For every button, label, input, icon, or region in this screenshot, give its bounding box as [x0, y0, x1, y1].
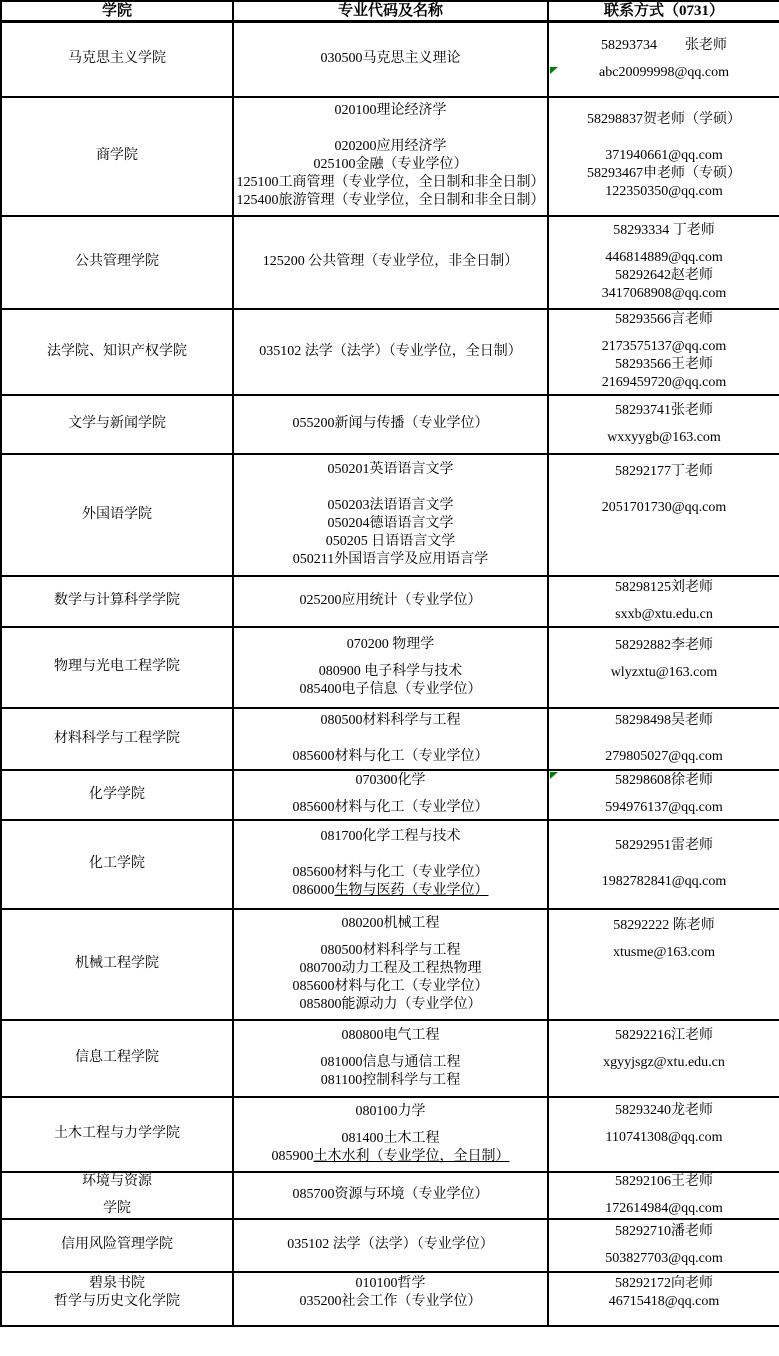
majors-cell: 050201英语语言文学 050203法语语言文学 050204德语语言文学 0…: [233, 454, 548, 576]
majors-cell: 035102 法学（法学）（专业学位，全日制）: [233, 309, 548, 395]
contacts-cell: 58293566言老师 2173575137@qq.com 58293566王老…: [548, 309, 779, 395]
majors-cell: 080200机械工程 080500材料科学与工程 080700动力工程及工程热物…: [233, 909, 548, 1020]
spacer: [549, 481, 779, 499]
contact-line: wlyzxtu@163.com: [549, 664, 779, 682]
table-row: 公共管理学院 125200 公共管理（专业学位，非全日制） 58293334 丁…: [1, 216, 779, 309]
table-row: 环境与资源 学院 085700资源与环境（专业学位） 58292106王老师 1…: [1, 1172, 779, 1219]
majors-cell: 085700资源与环境（专业学位）: [233, 1172, 548, 1219]
major-line: 050211外国语言学及应用语言学: [234, 551, 547, 569]
contacts-cell: 58293334 丁老师 446814889@qq.com 58292642赵老…: [548, 216, 779, 309]
college-name: 商学院: [2, 147, 232, 165]
college-name: 学院: [2, 1200, 232, 1218]
major-line: 050204德语语言文学: [234, 515, 547, 533]
contact-line: 122350350@qq.com: [549, 183, 779, 201]
contact-line: 503827703@qq.com: [549, 1250, 779, 1268]
college-cell: 法学院、知识产权学院: [1, 309, 233, 395]
contact-line: 58292642赵老师: [549, 267, 779, 285]
contacts-cell: 58298608徐老师 594976137@qq.com: [548, 770, 779, 820]
major-line: 081400土木工程: [234, 1130, 547, 1148]
college-name: 法学院、知识产权学院: [2, 343, 232, 361]
major-line: 025200应用统计（专业学位）: [234, 592, 547, 610]
college-name: 碧泉书院: [2, 1275, 232, 1293]
contacts-cell: 58292216江老师 xgyyjsgz@xtu.edu.cn: [548, 1020, 779, 1097]
major-line: 085600材料与化工（专业学位）: [234, 864, 547, 882]
college-name: 材料科学与工程学院: [2, 730, 232, 748]
college-cell: 环境与资源 学院: [1, 1172, 233, 1219]
contact-line: 3417068908@qq.com: [549, 285, 779, 303]
contact-line: 110741308@qq.com: [549, 1129, 779, 1147]
major-name-underlined: 生物与医药（专业学位）: [335, 883, 489, 898]
major-line: 085600材料与化工（专业学位）: [234, 799, 547, 817]
contact-line: 58298125刘老师: [549, 579, 779, 597]
college-cell: 材料科学与工程学院: [1, 708, 233, 770]
college-cell: 马克思主义学院: [1, 22, 233, 97]
contacts-cell: 58293741张老师 wxxyygb@163.com: [548, 395, 779, 454]
contacts-cell: 58292106王老师 172614984@qq.com: [548, 1172, 779, 1219]
contact-line: 371940661@qq.com: [549, 147, 779, 165]
college-cell: 机械工程学院: [1, 909, 233, 1020]
contact-line: 58292172向老师: [549, 1275, 779, 1293]
college-name: 公共管理学院: [2, 253, 232, 271]
contact-line: 58298608徐老师: [549, 772, 779, 790]
contact-line: 58293334 丁老师: [549, 222, 779, 240]
spacer: [549, 855, 779, 873]
major-code: 086000: [293, 883, 335, 898]
college-cell: 公共管理学院: [1, 216, 233, 309]
table-row: 马克思主义学院 030500马克思主义理论 58293734 张老师 abc20…: [1, 22, 779, 97]
college-name: 外国语学院: [2, 506, 232, 524]
spacer: [549, 129, 779, 147]
contact-line: xtusme@163.com: [549, 944, 779, 962]
contacts-cell: 58292710潘老师 503827703@qq.com: [548, 1219, 779, 1272]
major-line: 035200社会工作（专业学位）: [234, 1293, 547, 1311]
college-cell: 土木工程与力学学院: [1, 1097, 233, 1172]
college-cell: 碧泉书院 哲学与历史文化学院: [1, 1272, 233, 1326]
college-name: 物理与光电工程学院: [2, 658, 232, 676]
contacts-cell: 58298125刘老师 sxxb@xtu.edu.cn: [548, 576, 779, 627]
major-line: 035102 法学（法学）（专业学位）: [234, 1236, 547, 1254]
contacts-cell: 58298837贺老师（学硕） 371940661@qq.com 5829346…: [548, 97, 779, 216]
spacer: [234, 730, 547, 748]
college-name: 环境与资源: [2, 1173, 232, 1191]
majors-cell: 055200新闻与传播（专业学位）: [233, 395, 548, 454]
majors-cell: 081700化学工程与技术 085600材料与化工（专业学位） 086000生物…: [233, 820, 548, 909]
table-row: 化工学院 081700化学工程与技术 085600材料与化工（专业学位） 086…: [1, 820, 779, 909]
contact-line: 58292882李老师: [549, 637, 779, 655]
table-row: 碧泉书院 哲学与历史文化学院 010100哲学 035200社会工作（专业学位）…: [1, 1272, 779, 1326]
college-cell: 信息工程学院: [1, 1020, 233, 1097]
green-corner-triangle-icon: [550, 772, 558, 779]
spacer: [234, 846, 547, 864]
contacts-cell: 58292882李老师 wlyzxtu@163.com: [548, 627, 779, 708]
majors-cell: 030500马克思主义理论: [233, 22, 548, 97]
college-name: 信息工程学院: [2, 1049, 232, 1067]
college-name: 信用风险管理学院: [2, 1236, 232, 1254]
contacts-cell: 58292951雷老师 1982782841@qq.com: [548, 820, 779, 909]
college-name: 机械工程学院: [2, 955, 232, 973]
contact-line: 2051701730@qq.com: [549, 499, 779, 517]
college-name: 土木工程与力学学院: [2, 1125, 232, 1143]
contact-line: 58292177丁老师: [549, 463, 779, 481]
contact-line: 58293734 张老师: [549, 37, 779, 55]
contact-line: wxxyygb@163.com: [549, 429, 779, 447]
major-line: 080800电气工程: [234, 1027, 547, 1045]
college-cell: 数学与计算科学学院: [1, 576, 233, 627]
major-line: 085700资源与环境（专业学位）: [234, 1186, 547, 1204]
contact-line: 58292106王老师: [549, 1173, 779, 1191]
green-comment-flag-icon: [550, 67, 558, 74]
majors-cell: 080500材料科学与工程 085600材料与化工（专业学位）: [233, 708, 548, 770]
majors-cell: 020100理论经济学 020200应用经济学 025100金融（专业学位） 1…: [233, 97, 548, 216]
major-line: 081100控制科学与工程: [234, 1072, 547, 1090]
college-cell: 物理与光电工程学院: [1, 627, 233, 708]
major-line: 030500马克思主义理论: [234, 50, 547, 68]
contact-line: 172614984@qq.com: [549, 1200, 779, 1218]
contacts-cell: 58293734 张老师 abc20099998@qq.com: [548, 22, 779, 97]
major-line: 070300化学: [234, 772, 547, 790]
college-name: 马克思主义学院: [2, 50, 232, 68]
major-line: 050205 日语语言文学: [234, 533, 547, 551]
contact-line: 58292951雷老师: [549, 837, 779, 855]
major-line: 035102 法学（法学）（专业学位，全日制）: [234, 343, 547, 361]
major-line: 085800能源动力（专业学位）: [234, 996, 547, 1014]
college-cell: 文学与新闻学院: [1, 395, 233, 454]
major-line: 050201英语语言文学: [234, 461, 547, 479]
major-line: 081700化学工程与技术: [234, 828, 547, 846]
majors-cell: 035102 法学（法学）（专业学位）: [233, 1219, 548, 1272]
college-cell: 商学院: [1, 97, 233, 216]
majors-cell: 080800电气工程 081000信息与通信工程 081100控制科学与工程: [233, 1020, 548, 1097]
table-row: 机械工程学院 080200机械工程 080500材料科学与工程 080700动力…: [1, 909, 779, 1020]
major-line: 080500材料科学与工程: [234, 942, 547, 960]
major-line: 081000信息与通信工程: [234, 1054, 547, 1072]
contact-line: 594976137@qq.com: [549, 799, 779, 817]
major-line: 085600材料与化工（专业学位）: [234, 978, 547, 996]
contacts-cell: 58292222 陈老师 xtusme@163.com: [548, 909, 779, 1020]
major-line: 080200机械工程: [234, 915, 547, 933]
contact-line: 58293566王老师: [549, 356, 779, 374]
table-row: 信用风险管理学院 035102 法学（法学）（专业学位） 58292710潘老师…: [1, 1219, 779, 1272]
contacts-cell: 58293240龙老师 110741308@qq.com: [548, 1097, 779, 1172]
contact-table: 学院 专业代码及名称 联系方式（0731） 马克思主义学院 030500马克思主…: [0, 0, 779, 1327]
major-line: 085400电子信息（专业学位）: [234, 681, 547, 699]
contact-line: 58293240龙老师: [549, 1102, 779, 1120]
table-row: 外国语学院 050201英语语言文学 050203法语语言文学 050204德语…: [1, 454, 779, 576]
majors-cell: 025200应用统计（专业学位）: [233, 576, 548, 627]
college-cell: 化工学院: [1, 820, 233, 909]
major-line: 125100工商管理（专业学位，全日制和非全日制）: [234, 174, 547, 192]
table-row: 土木工程与力学学院 080100力学 081400土木工程 085900土木水利…: [1, 1097, 779, 1172]
major-line: 070200 物理学: [234, 636, 547, 654]
header-major: 专业代码及名称: [233, 1, 548, 22]
college-name: 化工学院: [2, 855, 232, 873]
contact-line: xgyyjsgz@xtu.edu.cn: [549, 1054, 779, 1072]
contact-line: 58293467申老师（专硕）: [549, 165, 779, 183]
majors-cell: 070200 物理学 080900 电子科学与技术 085400电子信息（专业学…: [233, 627, 548, 708]
majors-cell: 125200 公共管理（专业学位，非全日制）: [233, 216, 548, 309]
contact-line: 58292222 陈老师: [549, 917, 779, 935]
contacts-cell: 58298498吴老师 279805027@qq.com: [548, 708, 779, 770]
major-line: 086000生物与医药（专业学位）: [234, 882, 547, 900]
contacts-cell: 58292177丁老师 2051701730@qq.com: [548, 454, 779, 576]
contact-line: 2169459720@qq.com: [549, 374, 779, 392]
major-line: 085600材料与化工（专业学位）: [234, 748, 547, 766]
major-line: 125200 公共管理（专业学位，非全日制）: [234, 253, 547, 271]
contact-line: 46715418@qq.com: [549, 1293, 779, 1311]
major-line: 055200新闻与传播（专业学位）: [234, 415, 547, 433]
contact-line: 58292216江老师: [549, 1027, 779, 1045]
spacer: [549, 730, 779, 748]
college-cell: 外国语学院: [1, 454, 233, 576]
major-line: 080500材料科学与工程: [234, 712, 547, 730]
contact-line: 2173575137@qq.com: [549, 338, 779, 356]
college-name: 化学学院: [2, 786, 232, 804]
table-row: 材料科学与工程学院 080500材料科学与工程 085600材料与化工（专业学位…: [1, 708, 779, 770]
major-line: 125400旅游管理（专业学位，全日制和非全日制）: [234, 192, 547, 210]
contact-line: 58293566言老师: [549, 311, 779, 329]
majors-cell: 080100力学 081400土木工程 085900土木水利（专业学位，全日制）: [233, 1097, 548, 1172]
college-cell: 化学学院: [1, 770, 233, 820]
table-row: 商学院 020100理论经济学 020200应用经济学 025100金融（专业学…: [1, 97, 779, 216]
table-row: 数学与计算科学学院 025200应用统计（专业学位） 58298125刘老师 s…: [1, 576, 779, 627]
college-name: 哲学与历史文化学院: [2, 1293, 232, 1311]
major-line: 080100力学: [234, 1103, 547, 1121]
major-line: 085900土木水利（专业学位，全日制）: [234, 1148, 547, 1166]
major-name-underlined: 土木水利（专业学位，全日制）: [314, 1149, 510, 1164]
contacts-cell: 58292172向老师 46715418@qq.com: [548, 1272, 779, 1326]
contact-line: 58298498吴老师: [549, 712, 779, 730]
contact-line: 58292710潘老师: [549, 1223, 779, 1241]
table-row: 法学院、知识产权学院 035102 法学（法学）（专业学位，全日制） 58293…: [1, 309, 779, 395]
majors-cell: 010100哲学 035200社会工作（专业学位）: [233, 1272, 548, 1326]
major-line: 010100哲学: [234, 1275, 547, 1293]
major-code: 085900: [272, 1149, 314, 1164]
contact-line: 279805027@qq.com: [549, 748, 779, 766]
contact-line: 58293741张老师: [549, 402, 779, 420]
spacer: [234, 120, 547, 138]
major-line: 080700动力工程及工程热物理: [234, 960, 547, 978]
header-contact: 联系方式（0731）: [548, 1, 779, 22]
table-row: 信息工程学院 080800电气工程 081000信息与通信工程 081100控制…: [1, 1020, 779, 1097]
college-cell: 信用风险管理学院: [1, 1219, 233, 1272]
major-line: 020100理论经济学: [234, 102, 547, 120]
table-row: 物理与光电工程学院 070200 物理学 080900 电子科学与技术 0854…: [1, 627, 779, 708]
spacer: [234, 479, 547, 497]
college-name: 数学与计算科学学院: [2, 592, 232, 610]
contact-line: sxxb@xtu.edu.cn: [549, 606, 779, 624]
header-row: 学院 专业代码及名称 联系方式（0731）: [1, 1, 779, 22]
contact-line: 446814889@qq.com: [549, 249, 779, 267]
major-line: 025100金融（专业学位）: [234, 156, 547, 174]
major-line: 080900 电子科学与技术: [234, 663, 547, 681]
major-line: 020200应用经济学: [234, 138, 547, 156]
contact-line: 1982782841@qq.com: [549, 873, 779, 891]
contact-line: abc20099998@qq.com: [549, 64, 779, 82]
majors-cell: 070300化学 085600材料与化工（专业学位）: [233, 770, 548, 820]
table-row: 化学学院 070300化学 085600材料与化工（专业学位） 58298608…: [1, 770, 779, 820]
contact-line: 58298837贺老师（学硕）: [549, 111, 779, 129]
header-college: 学院: [1, 1, 233, 22]
college-name: 文学与新闻学院: [2, 415, 232, 433]
table-row: 文学与新闻学院 055200新闻与传播（专业学位） 58293741张老师 wx…: [1, 395, 779, 454]
major-line: 050203法语语言文学: [234, 497, 547, 515]
